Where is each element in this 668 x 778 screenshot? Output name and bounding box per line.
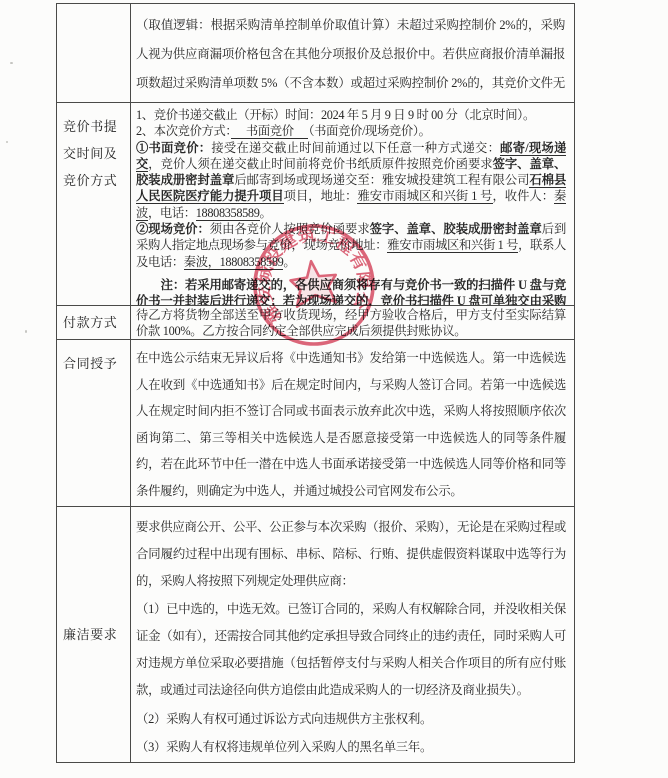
- row-content-bid-submission: 1、竞价书递交截止（开标）时间：2024 年 5 月 9 日 9 时 00 分（…: [131, 103, 574, 305]
- paragraph: （取值逻辑：根据采购清单控制单价取值计算）未超过采购控制价 2%的，采购人视为供…: [136, 11, 565, 102]
- text-segment: ，竞价人须在递交截止时间前将竞价书纸质原件按照竞价函要求: [148, 157, 492, 171]
- text-segment: （取值逻辑：根据采购清单控制单价取值计算）未超过采购控制价 2%的，采购人视为供…: [136, 18, 565, 102]
- scan-speck: [25, 330, 27, 333]
- text-segment: （1）已中选的，中选无效。已签订合同的，采购人有权解除合同，并没收相关保证金（如…: [136, 602, 566, 696]
- paragraph: 待乙方将货物全部送至甲方收货现场，经甲方验收合格后，甲方支付至实际结算价款 10…: [136, 307, 566, 339]
- text-segment: 项目，地址：: [284, 189, 358, 203]
- row-header-cell-empty: [57, 4, 131, 102]
- text-segment: （3）采购人有权将违规单位列入采购人的黑名单三年。: [136, 740, 432, 754]
- paragraph: 1、竞价书递交截止（开标）时间：2024 年 5 月 9 日 9 时 00 分（…: [136, 107, 566, 123]
- paragraph: （3）采购人有权将违规单位列入采购人的黑名单三年。: [136, 734, 566, 761]
- row-content-integrity: 要求供应商公开、公平、公正参与本次采购（报价、采购），无论是在采购过程或合同履约…: [131, 507, 574, 762]
- text-segment: 书面竞价: [231, 124, 308, 139]
- document-page: （取值逻辑：根据采购清单控制单价取值计算）未超过采购控制价 2%的，采购人视为供…: [0, 0, 668, 778]
- procurement-terms-table: （取值逻辑：根据采购清单控制单价取值计算）未超过采购控制价 2%的，采购人视为供…: [56, 3, 575, 763]
- row-header-label: 合同授予: [57, 340, 123, 377]
- table-row-contract-award: 合同授予 在中选公示结束无异议后将《中选通知书》发给第一中选候选人。第一中选候选…: [57, 340, 574, 507]
- paragraph: 在中选公示结束无异议后将《中选通知书》发给第一中选候选人。第一中选候选人在收到《…: [136, 345, 566, 505]
- table-row-payment: 付款方式 待乙方将货物全部送至甲方收货现场，经甲方验收合格后，甲方支付至实际结算…: [57, 306, 574, 340]
- row-header-label: 竞价书提交时间及竞价方式: [57, 103, 123, 194]
- text-segment: 1、竞价书递交截止（开标）时间：2024 年 5 月 9 日 9 时 00 分（…: [136, 108, 535, 122]
- row-content-value-logic: （取值逻辑：根据采购清单控制单价取值计算）未超过采购控制价 2%的，采购人视为供…: [131, 4, 574, 102]
- text-segment: ①书面竞价：: [136, 141, 211, 155]
- text-segment: 2、本次竞价方式：: [136, 124, 231, 138]
- text-segment: 须由各竞价人按照竞价函要求: [210, 222, 370, 236]
- table-row-integrity: 廉洁要求 要求供应商公开、公平、公正参与本次采购（报价、采购），无论是在采购过程…: [57, 507, 574, 762]
- paragraph: ①书面竞价：接受在递交截止时间前通过以下任意一种方式递交：邮寄/现场递交，竞价人…: [136, 140, 566, 221]
- text-segment: ，电话：: [148, 206, 196, 220]
- text-segment: 注：若采用邮寄递交的，各供应商须将存有与竞价书一致的扫描件 U 盘与竞价书一并封…: [136, 278, 566, 305]
- row-content-contract-award: 在中选公示结束无异议后将《中选通知书》发给第一中选候选人。第一中选候选人在收到《…: [131, 340, 574, 506]
- paragraph: 2、本次竞价方式： 书面竞价 （书面竞价/现场竞价）。: [136, 123, 566, 139]
- text-segment: 雅安市雨城区和兴街 1 号: [387, 238, 518, 253]
- row-header-label: 廉洁要求: [57, 621, 123, 648]
- text-segment: 签字、盖章、胶装成册密封盖章: [370, 222, 542, 236]
- text-segment: 秦波，18808358589: [184, 255, 284, 270]
- text-segment: 后邮寄到场或现场递交至：雅安城投建筑工程有限公司: [234, 173, 529, 187]
- text-segment: 雅安市雨城区和兴街 1 号: [357, 189, 492, 204]
- text-segment: 在中选公示结束无异议后将《中选通知书》发给第一中选候选人。第一中选候选人在收到《…: [136, 351, 566, 498]
- paragraph: 注：若采用邮寄递交的，各供应商须将存有与竞价书一致的扫描件 U 盘与竞价书一并封…: [136, 277, 566, 305]
- text-segment: 18808358589: [196, 206, 260, 221]
- text-segment: 。: [283, 255, 295, 269]
- row-header-cell-bid-submission: 竞价书提交时间及竞价方式: [57, 103, 131, 305]
- text-segment: 接受在递交截止时间前通过以下任意一种方式递交：: [211, 141, 500, 155]
- text-segment: ②现场竞价：: [136, 222, 210, 236]
- paragraph: ②现场竞价：须由各竞价人按照竞价函要求签字、盖章、胶装成册密封盖章后到采购人指定…: [136, 221, 566, 270]
- row-header-cell-integrity: 廉洁要求: [57, 507, 131, 762]
- paragraph: （1）已中选的，中选无效。已签订合同的，采购人有权解除合同，并没收相关保证金（如…: [136, 596, 566, 703]
- text-segment: 。: [260, 206, 272, 220]
- paragraph: 要求供应商公开、公平、公正参与本次采购（报价、采购），无论是在采购过程或合同履约…: [136, 514, 566, 594]
- scan-speck: [6, 141, 8, 143]
- table-row-value-logic: （取值逻辑：根据采购清单控制单价取值计算）未超过采购控制价 2%的，采购人视为供…: [57, 4, 574, 103]
- paragraph: （2）采购人有权可通过诉讼方式向违规供方主张权利。: [136, 706, 566, 733]
- text-segment: （2）采购人有权可通过诉讼方式向违规供方主张权利。: [136, 712, 432, 726]
- row-content-payment: 待乙方将货物全部送至甲方收货现场，经甲方验收合格后，甲方支付至实际结算价款 10…: [131, 306, 574, 339]
- row-header-label: 付款方式: [57, 309, 123, 336]
- row-header-cell-contract-award: 合同授予: [57, 340, 131, 506]
- text-segment: ，收件人：: [493, 189, 555, 203]
- text-segment: （书面竞价/现场竞价）。: [308, 124, 430, 138]
- text-segment: 待乙方将货物全部送至甲方收货现场，经甲方验收合格后，甲方支付至实际结算价款 10…: [136, 308, 566, 338]
- text-segment: 要求供应商公开、公平、公正参与本次采购（报价、采购），无论是在采购过程或合同履约…: [136, 520, 566, 588]
- row-header-cell-payment: 付款方式: [57, 306, 131, 339]
- table-row-bid-submission: 竞价书提交时间及竞价方式 1、竞价书递交截止（开标）时间：2024 年 5 月 …: [57, 103, 574, 306]
- scan-speck: [10, 62, 13, 64]
